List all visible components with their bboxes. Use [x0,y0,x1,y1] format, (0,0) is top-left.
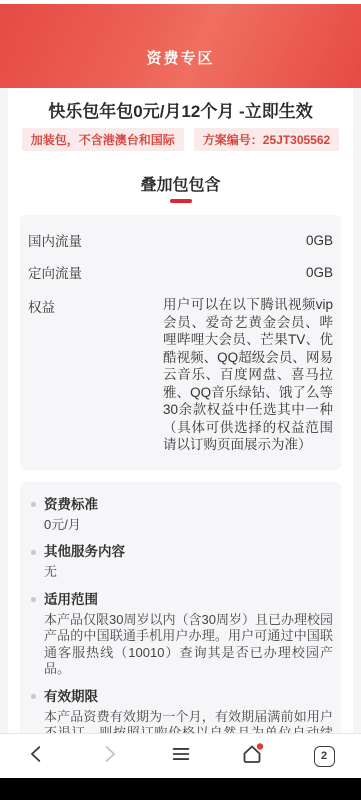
detail-title: 其他服务内容 [44,542,125,562]
row-label: 权益 [28,296,55,316]
home-icon [239,741,265,772]
row-value: 0GB [306,233,333,248]
detail-body: 无 [44,564,333,581]
table-row: 国内流量 0GB [28,224,333,256]
section-title-underline [170,199,192,203]
bullet-dot-icon [31,597,36,602]
forward-arrow-icon [98,743,120,770]
tag-plan-number: 方案编号：25JT305562 [194,128,339,151]
home-button[interactable] [237,741,267,771]
forward-button[interactable] [94,741,124,771]
page-title: 资费专区 [146,47,214,68]
row-label: 国内流量 [28,230,82,250]
detail-title: 资费标准 [44,495,98,515]
row-value: 0GB [306,265,333,280]
right-edge-shade [353,88,361,733]
list-item: 其他服务内容 无 [28,542,333,581]
hamburger-menu-icon [170,743,192,770]
notification-badge [257,743,263,749]
table-row: 定向流量 0GB [28,256,333,288]
browser-toolbar: 2 [0,733,361,778]
tariff-details-card: 资费标准 0元/月 其他服务内容 无 适用范围 本产品仅限30周岁以内（含30周… [20,482,341,773]
detail-title: 有效期限 [44,687,98,707]
tabs-button[interactable]: 2 [309,741,339,771]
tab-counter-icon: 2 [314,746,335,767]
row-value: 用户可以在以下腾讯视频vip会员、爱奇艺黄金会员、哔哩哔哩大会员、芒果TV、优酷… [163,296,333,454]
back-arrow-icon [26,743,48,770]
left-edge-shade [0,88,8,733]
back-button[interactable] [22,741,52,771]
product-title: 快乐包年包0元/月12个月 -立即生效 [0,97,361,122]
tag-package-type: 加装包，不含港澳台和国际 [22,128,184,151]
detail-title: 适用范围 [44,590,98,610]
detail-body: 本产品仅限30周岁以内（含30周岁）且已办理校园产品的中国联通手机用户办理。用户… [44,612,333,678]
list-item: 资费标准 0元/月 [28,495,333,534]
row-label: 定向流量 [28,262,82,282]
page-header: 资费专区 [0,4,361,88]
tags-row: 加装包，不含港澳台和国际 方案编号：25JT305562 [0,128,361,151]
bullet-dot-icon [31,502,36,507]
bullet-dot-icon [31,694,36,699]
table-row: 权益 用户可以在以下腾讯视频vip会员、爱奇艺黄金会员、哔哩哔哩大会员、芒果TV… [28,288,333,460]
bullet-dot-icon [31,550,36,555]
menu-button[interactable] [166,741,196,771]
detail-body: 0元/月 [44,517,333,534]
section-header: 叠加包包含 [0,172,361,203]
list-item: 适用范围 本产品仅限30周岁以内（含30周岁）且已办理校园产品的中国联通手机用户… [28,590,333,678]
package-contents-card: 国内流量 0GB 定向流量 0GB 权益 用户可以在以下腾讯视频vip会员、爱奇… [20,215,341,470]
section-title: 叠加包包含 [0,172,361,195]
system-gesture-bar [0,778,361,800]
